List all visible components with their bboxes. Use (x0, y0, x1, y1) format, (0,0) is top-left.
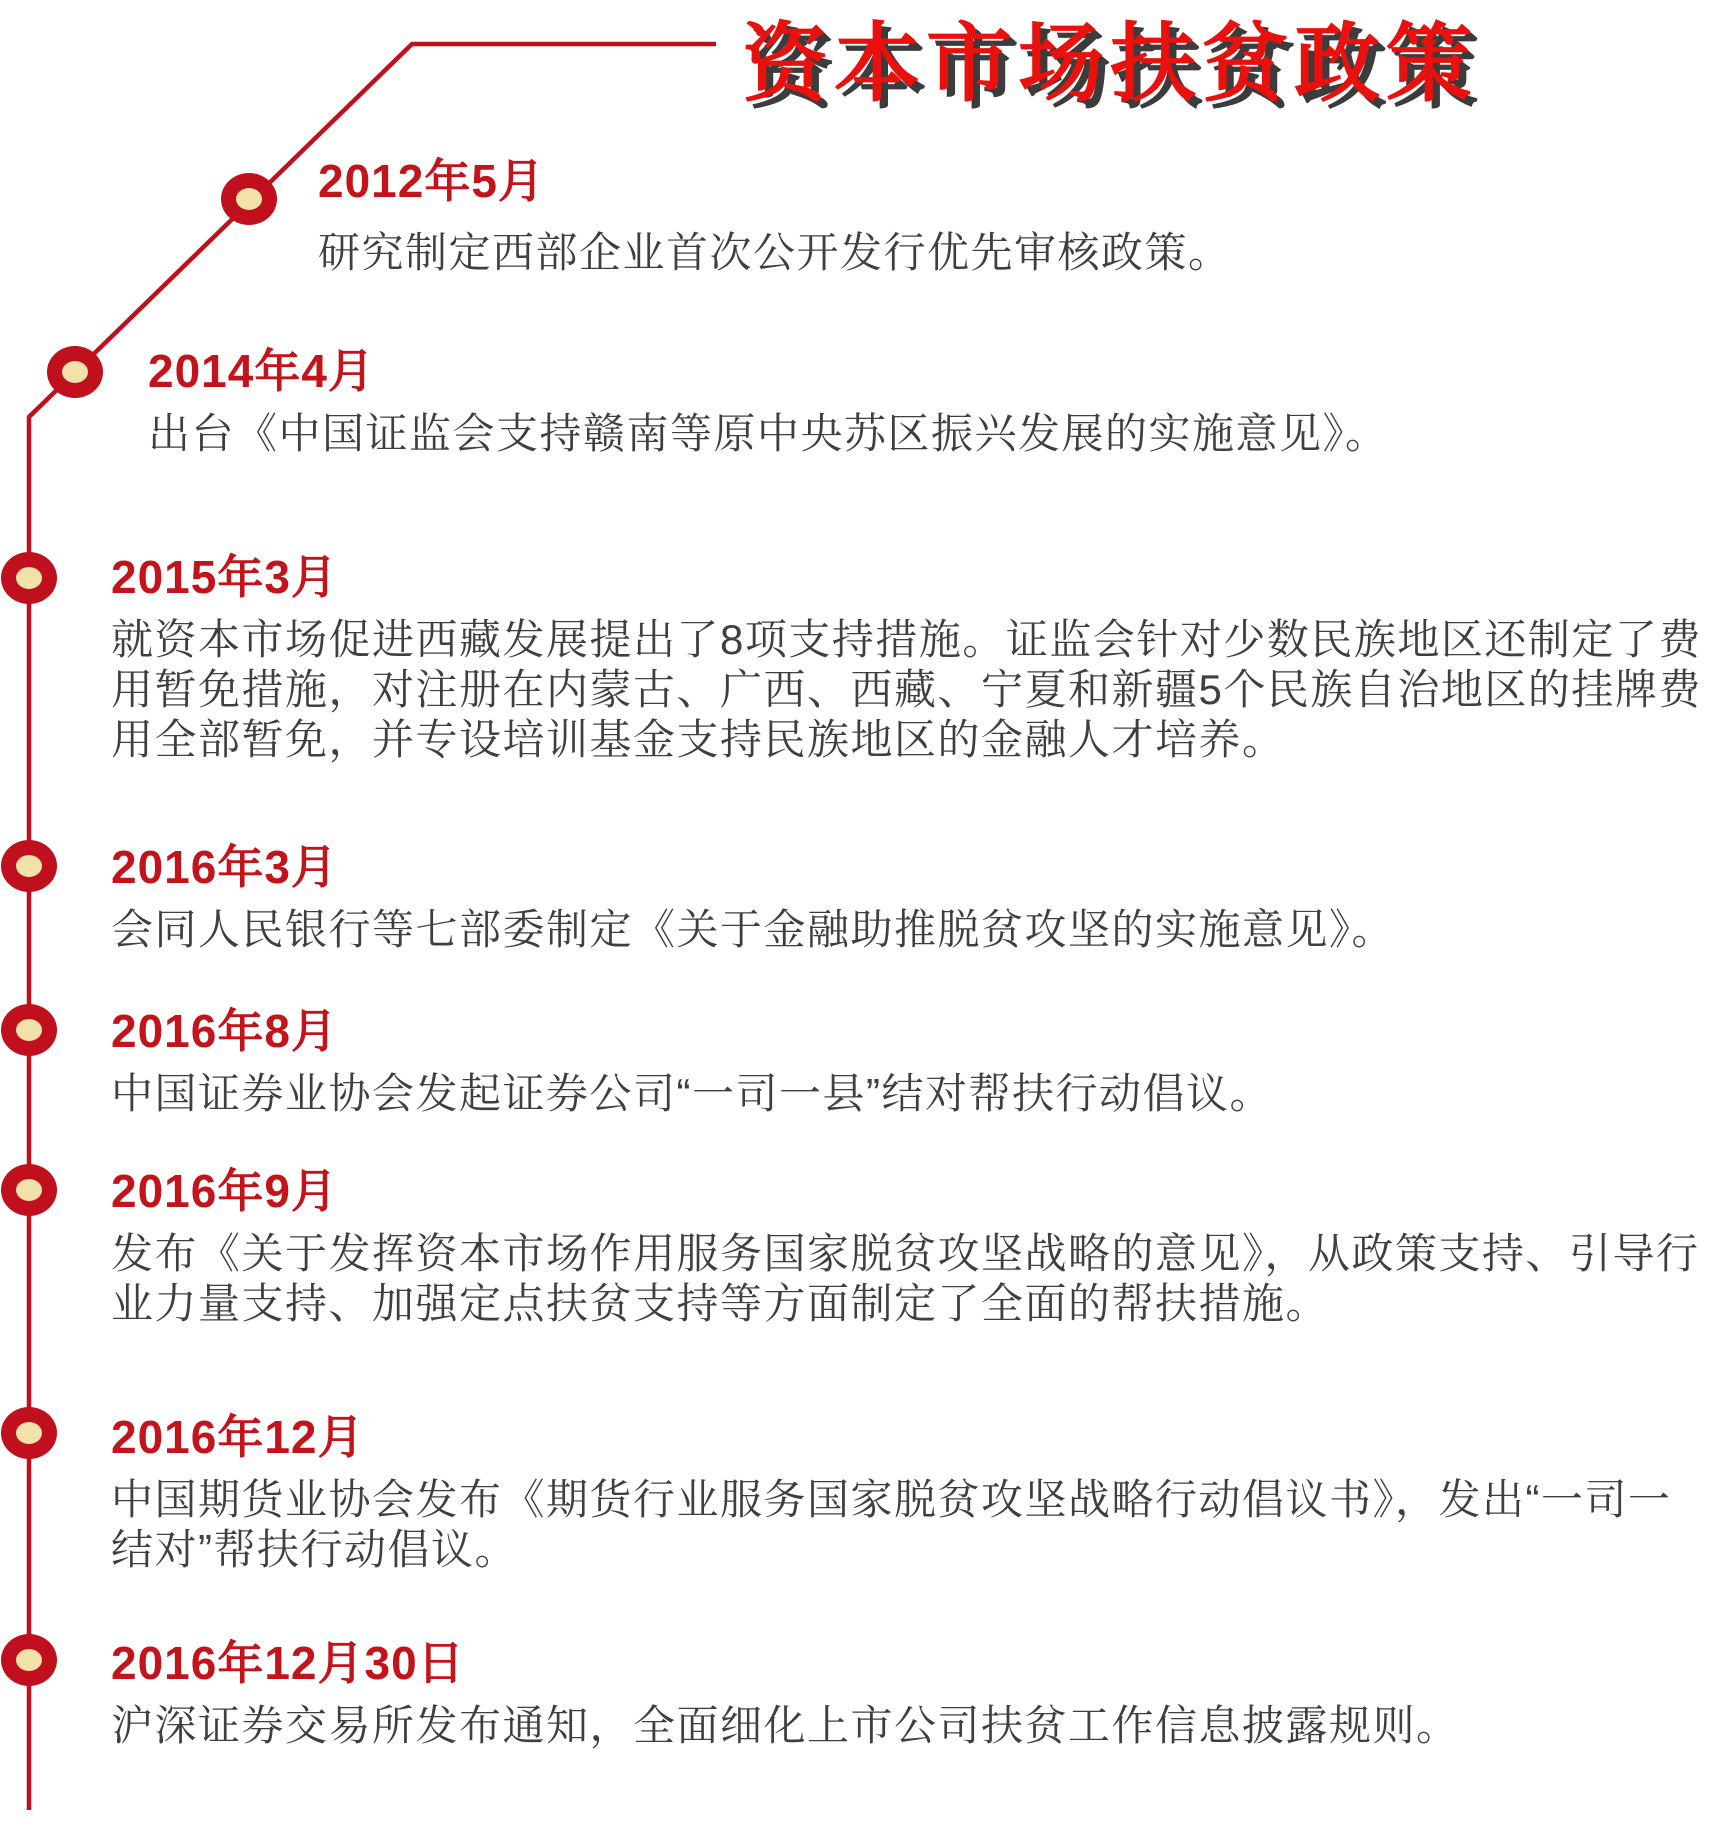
entry-text: 就资本市场促进西藏发展提出了8项支持措施。证监会针对少数民族地区还制定了费用暂免… (111, 615, 1711, 765)
timeline-entry: 2016年8月 中国证券业协会发起证券公司“一司一县”结对帮扶行动倡议。 (111, 1006, 1671, 1119)
infographic-canvas: 资本市场扶贫政策 2012年5月 研究制定西部企业首次公开发行优先审核政策。 2… (0, 0, 1717, 1829)
entry-date: 2012年5月 (318, 156, 1278, 208)
timeline-entry: 2016年12月 中国期货业协会发布《期货行业服务国家脱贫攻坚战略行动倡议书》，… (111, 1412, 1711, 1575)
timeline-entry: 2012年5月 研究制定西部企业首次公开发行优先审核政策。 (318, 156, 1278, 278)
timeline-node-icon (1, 1407, 57, 1459)
timeline-entry: 2016年3月 会同人民银行等七部委制定《关于金融助推脱贫攻坚的实施意见》。 (111, 842, 1671, 955)
entry-text: 出台《中国证监会支持赣南等原中央苏区振兴发展的实施意见》。 (148, 409, 1658, 459)
entry-text: 研究制定西部企业首次公开发行优先审核政策。 (318, 228, 1278, 278)
timeline-node-icon (221, 173, 277, 225)
timeline-node-icon (1, 1634, 57, 1686)
entry-text: 会同人民银行等七部委制定《关于金融助推脱贫攻坚的实施意见》。 (111, 905, 1671, 955)
entry-date: 2014年4月 (148, 346, 1658, 398)
entry-date: 2016年3月 (111, 842, 1671, 894)
timeline-node-icon (1, 552, 57, 604)
entry-date: 2016年12月30日 (111, 1638, 1671, 1690)
entry-text: 沪深证券交易所发布通知，全面细化上市公司扶贫工作信息披露规则。 (111, 1701, 1671, 1751)
timeline-entry: 2016年12月30日 沪深证券交易所发布通知，全面细化上市公司扶贫工作信息披露… (111, 1638, 1671, 1751)
entry-text: 发布《关于发挥资本市场作用服务国家脱贫攻坚战略的意见》，从政策支持、引导行业力量… (111, 1229, 1711, 1329)
page-title: 资本市场扶贫政策 (742, 0, 1478, 118)
entry-date: 2016年9月 (111, 1166, 1711, 1218)
entry-text: 中国期货业协会发布《期货行业服务国家脱贫攻坚战略行动倡议书》，发出“一司一结对”… (111, 1475, 1711, 1575)
timeline-entry: 2014年4月 出台《中国证监会支持赣南等原中央苏区振兴发展的实施意见》。 (148, 346, 1658, 459)
entry-date: 2016年12月 (111, 1412, 1711, 1464)
timeline-node-icon (47, 346, 103, 398)
timeline-entry: 2015年3月 就资本市场促进西藏发展提出了8项支持措施。证监会针对少数民族地区… (111, 552, 1711, 765)
timeline-node-icon (1, 1164, 57, 1216)
timeline-node-icon (1, 1004, 57, 1056)
timeline-node-icon (1, 840, 57, 892)
entry-text: 中国证券业协会发起证券公司“一司一县”结对帮扶行动倡议。 (111, 1069, 1671, 1119)
entry-date: 2015年3月 (111, 552, 1711, 604)
entry-date: 2016年8月 (111, 1006, 1671, 1058)
timeline-entry: 2016年9月 发布《关于发挥资本市场作用服务国家脱贫攻坚战略的意见》，从政策支… (111, 1166, 1711, 1329)
